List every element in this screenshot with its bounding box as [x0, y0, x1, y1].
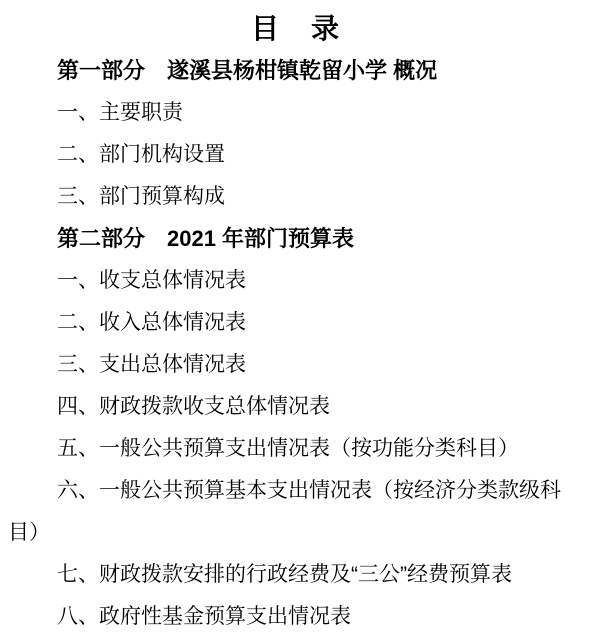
toc-item: 一、收支总体情况表 — [8, 260, 584, 302]
document-page: 目 录 第一部分 遂溪县杨柑镇乾留小学 概况 一、主要职责 二、部门机构设置 三… — [0, 0, 590, 638]
toc-item: 六、一般公共预算基本支出情况表（按经济分类款级科目） — [8, 470, 584, 554]
toc-item: 四、财政拨款收支总体情况表 — [8, 386, 584, 428]
toc-item: 三、部门预算构成 — [8, 176, 584, 218]
section-heading-part1: 第一部分 遂溪县杨柑镇乾留小学 概况 — [8, 50, 584, 92]
toc-item: 五、一般公共预算支出情况表（按功能分类科目） — [8, 428, 584, 470]
toc-item: 三、支出总体情况表 — [8, 344, 584, 386]
section-heading-part2: 第二部分 2021 年部门预算表 — [8, 218, 584, 260]
toc-item: 七、财政拨款安排的行政经费及“三公”经费预算表 — [8, 554, 584, 596]
doc-title: 目 录 — [8, 8, 584, 50]
toc-item: 八、政府性基金预算支出情况表 — [8, 596, 584, 638]
toc-item: 一、主要职责 — [8, 92, 584, 134]
toc-item: 二、部门机构设置 — [8, 134, 584, 176]
toc-item: 二、收入总体情况表 — [8, 302, 584, 344]
